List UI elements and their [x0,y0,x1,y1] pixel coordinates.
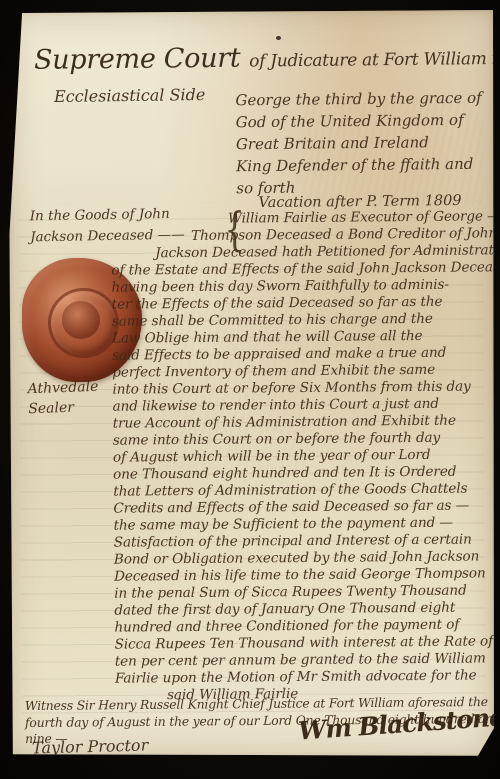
royal-line: King Defender of the ffaith and [236,155,482,180]
sealer-signature: Athvedale Sealer [27,379,99,421]
body-line: same into this Court on or before the fo… [113,429,489,449]
order-body-text: William Fairlie as Executor of George — … [111,208,491,704]
royal-line: George the third by the grace of [235,89,481,114]
sealer-title: Sealer [28,399,99,421]
document-page: Supreme Court of Judicature at Fort Will… [8,10,494,758]
ink-speck [276,36,281,40]
court-title-main: Supreme Court [34,43,241,76]
body-line: Fairlie upon the Motion of Mr Smith advo… [115,667,491,687]
royal-style-block: George the third by the grace of God of … [235,89,483,218]
photo-background: { "header": { "court_title_main": "Supre… [0,0,500,779]
ecclesiastical-side-label: Ecclesiastical Side [54,85,206,106]
body-line: same shall be Committed to his charge an… [112,310,488,330]
royal-line: Great Britain and Ireland [236,133,482,158]
sealer-name: Athvedale [27,379,98,401]
royal-line: God of the United Kingdom of [236,111,482,136]
court-title: Supreme Court of Judicature at Fort Will… [34,39,500,76]
proctor-signature: Taylor Proctor [32,735,149,757]
court-title-rest: of Judicature at Fort William in Bengal [249,48,500,71]
